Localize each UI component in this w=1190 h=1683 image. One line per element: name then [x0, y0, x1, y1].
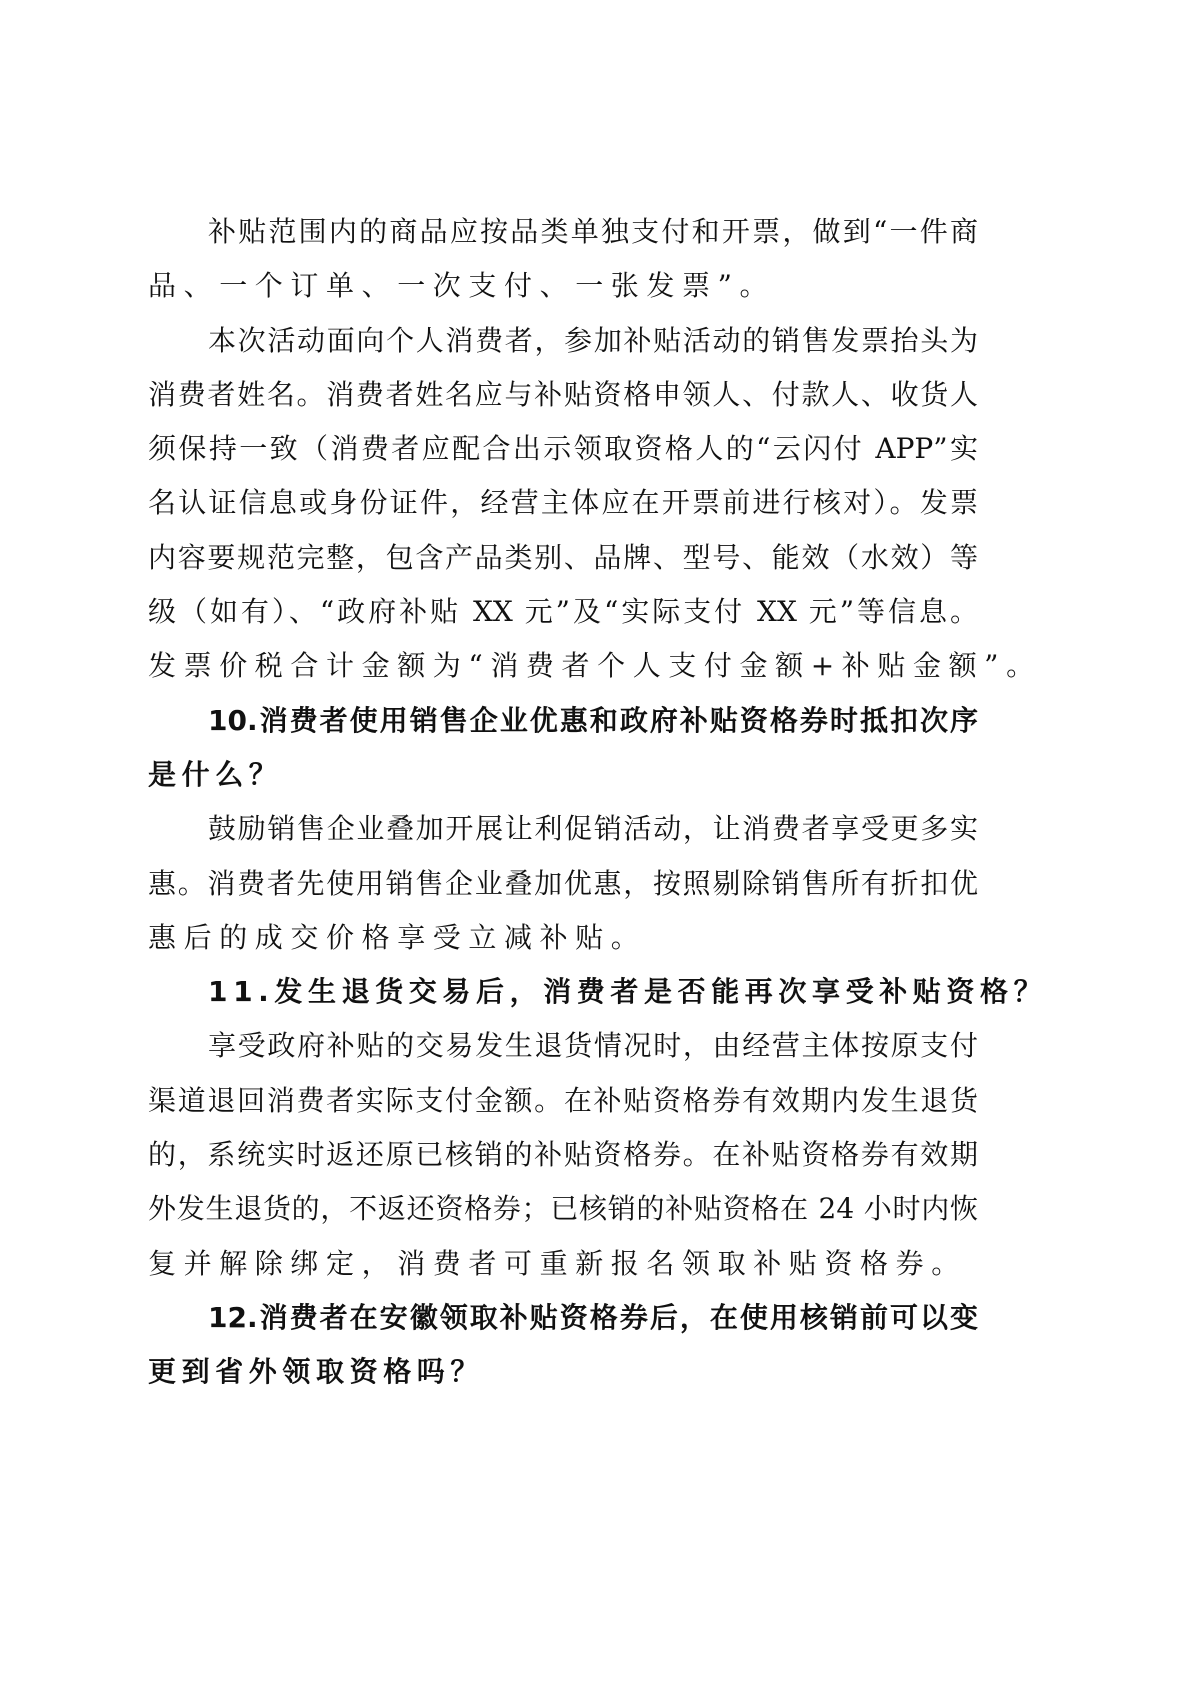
- text-line: 惠。消费者先使用销售企业叠加优惠，按照剔除销售所有折扣优: [148, 857, 978, 911]
- text-line: 的，系统实时返还原已核销的补贴资格券。在补贴资格券有效期: [148, 1128, 978, 1182]
- paragraph-answer-11: 享受政府补贴的交易发生退货情况时，由经营主体按原支付 渠道退回消费者实际支付金额…: [148, 1019, 978, 1290]
- question-heading-12: 12.消费者在安徽领取补贴资格券后，在使用核销前可以变 更到省外领取资格吗？: [148, 1291, 978, 1400]
- text-line: 级（如有）、“政府补贴 XX 元”及“实际支付 XX 元”等信息。: [148, 585, 978, 639]
- text-line: 补贴范围内的商品应按品类单独支付和开票，做到“一件商: [148, 205, 978, 259]
- question-line: 11.发生退货交易后，消费者是否能再次享受补贴资格？: [148, 965, 978, 1019]
- text-line: 复并解除绑定，消费者可重新报名领取补贴资格券。: [148, 1237, 978, 1291]
- text-line: 品、一个订单、一次支付、一张发票”。: [148, 259, 978, 313]
- text-line: 鼓励销售企业叠加开展让利促销活动，让消费者享受更多实: [148, 802, 978, 856]
- paragraph-invoice-title: 本次活动面向个人消费者，参加补贴活动的销售发票抬头为 消费者姓名。消费者姓名应与…: [148, 314, 978, 694]
- text-line: 发票价税合计金额为“消费者个人支付金额+补贴金额”。: [148, 639, 978, 693]
- question-line: 更到省外领取资格吗？: [148, 1345, 978, 1399]
- paragraph-invoice-per-item: 补贴范围内的商品应按品类单独支付和开票，做到“一件商 品、一个订单、一次支付、一…: [148, 205, 978, 314]
- question-line: 12.消费者在安徽领取补贴资格券后，在使用核销前可以变: [148, 1291, 978, 1345]
- text-line: 享受政府补贴的交易发生退货情况时，由经营主体按原支付: [148, 1019, 978, 1073]
- text-line: 内容要规范完整，包含产品类别、品牌、型号、能效（水效）等: [148, 531, 978, 585]
- text-line: 渠道退回消费者实际支付金额。在补贴资格券有效期内发生退货: [148, 1074, 978, 1128]
- paragraph-answer-10: 鼓励销售企业叠加开展让利促销活动，让消费者享受更多实 惠。消费者先使用销售企业叠…: [148, 802, 978, 965]
- text-line: 名认证信息或身份证件，经营主体应在开票前进行核对）。发票: [148, 476, 978, 530]
- text-line: 本次活动面向个人消费者，参加补贴活动的销售发票抬头为: [148, 314, 978, 368]
- question-heading-10: 10.消费者使用销售企业优惠和政府补贴资格券时抵扣次序 是什么？: [148, 694, 978, 803]
- question-line: 10.消费者使用销售企业优惠和政府补贴资格券时抵扣次序: [148, 694, 978, 748]
- text-line: 惠后的成交价格享受立减补贴。: [148, 911, 978, 965]
- question-heading-11: 11.发生退货交易后，消费者是否能再次享受补贴资格？: [148, 965, 978, 1019]
- question-line: 是什么？: [148, 748, 978, 802]
- text-line: 消费者姓名。消费者姓名应与补贴资格申领人、付款人、收货人: [148, 368, 978, 422]
- text-line: 须保持一致（消费者应配合出示领取资格人的“云闪付 APP”实: [148, 422, 978, 476]
- text-line: 外发生退货的，不返还资格券；已核销的补贴资格在 24 小时内恢: [148, 1182, 978, 1236]
- document-page: 补贴范围内的商品应按品类单独支付和开票，做到“一件商 品、一个订单、一次支付、一…: [148, 205, 978, 1400]
